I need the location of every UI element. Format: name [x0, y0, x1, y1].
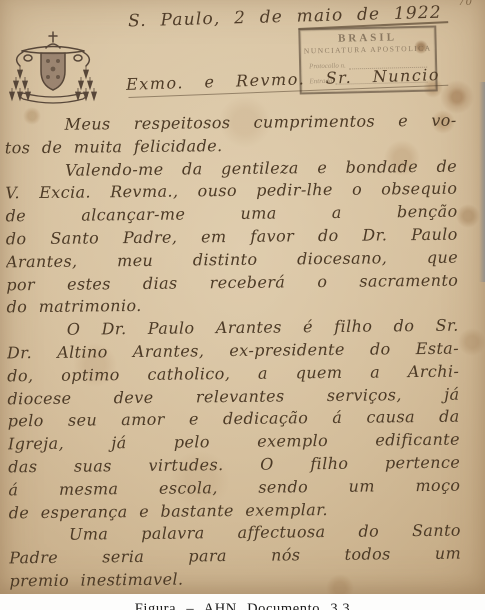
handwritten-line: á mesma escola, sendo um moço — [8, 474, 460, 502]
stamp-office-label: NUNCIATURA APOSTOLICA — [301, 43, 435, 55]
archiepiscopal-crest-icon — [8, 31, 98, 107]
scanned-letter-page: 70 S. Paulo, 2 de maio de 1922 — [0, 0, 485, 595]
screenshot-viewport: 70 S. Paulo, 2 de maio de 1922 — [0, 0, 485, 610]
scan-edge-shadow — [479, 82, 485, 282]
handwritten-line: premio inestimavel. — [9, 566, 461, 594]
folio-number: 70 — [458, 0, 473, 8]
letter-body: Meus respeitosos cumprimentos e vo- tos … — [5, 110, 462, 593]
handwritten-line: Padre seria para nós todos um — [9, 543, 461, 571]
figure-caption: Figura – AHN Documento 3.3 — [0, 601, 485, 610]
handwritten-line: Meus respeitosos cumprimentos e vo- — [5, 110, 457, 138]
